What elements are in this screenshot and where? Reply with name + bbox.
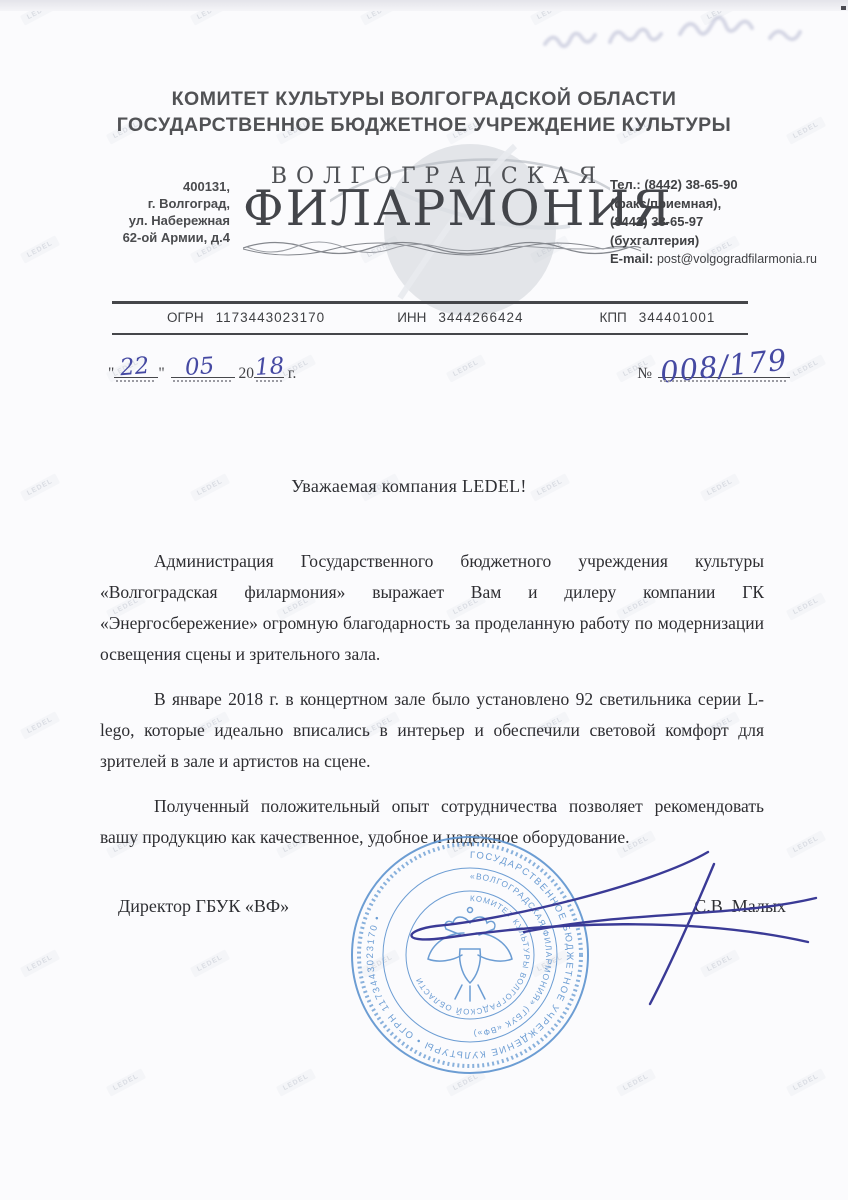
- address-line: ул. Набережная: [70, 212, 230, 229]
- ledel-watermark-tag: LEDEL: [786, 354, 826, 382]
- ogrn-label: ОГРН: [167, 310, 204, 325]
- ghost-handwriting: [540, 12, 840, 62]
- document-header: КОМИТЕТ КУЛЬТУРЫ ВОЛГОГРАДСКОЙ ОБЛАСТИ Г…: [0, 86, 848, 138]
- address-line: г. Волгоград,: [70, 195, 230, 212]
- date-and-number-row: "22"05 2018 г. №008/179: [108, 352, 790, 394]
- kpp-label: КПП: [599, 310, 626, 325]
- registry-band: ОГРН1173443023170 ИНН3444266424 КПП34440…: [112, 301, 748, 335]
- handwritten-year: 18: [254, 353, 285, 381]
- scanned-letter-page: LEDELLEDELLEDELLEDELLEDELLEDELLEDELLEDEL…: [0, 0, 848, 1200]
- number-blank: 008/179: [658, 360, 790, 378]
- header-line-1: КОМИТЕТ КУЛЬТУРЫ ВОЛГОГРАДСКОЙ ОБЛАСТИ: [0, 86, 848, 112]
- number-field: №008/179: [637, 360, 790, 383]
- number-label: №: [637, 365, 652, 382]
- scan-speck: [841, 6, 846, 10]
- quote-close: ": [158, 365, 164, 382]
- ledel-watermark-tag: LEDEL: [190, 949, 230, 977]
- salutation: Уважаемая компания LEDEL!: [0, 476, 818, 497]
- date-field: "22"05 2018 г.: [108, 360, 296, 383]
- month-blank: 05: [171, 360, 235, 378]
- inn-item: ИНН3444266424: [397, 310, 523, 325]
- email-label: E-mail:: [610, 251, 653, 266]
- inn-value: 3444266424: [438, 310, 523, 325]
- director-signature: [392, 846, 824, 1018]
- ledel-watermark-tag: LEDEL: [20, 711, 60, 739]
- ledel-watermark-tag: LEDEL: [20, 949, 60, 977]
- signoff-position: Директор ГБУК «ВФ»: [118, 896, 289, 917]
- header-line-2: ГОСУДАРСТВЕННОЕ БЮДЖЕТНОЕ УЧРЕЖДЕНИЕ КУЛ…: [0, 112, 848, 138]
- kpp-item: КПП344401001: [599, 310, 715, 325]
- ledel-watermark-tag: LEDEL: [20, 235, 60, 263]
- ogrn-value: 1173443023170: [216, 310, 326, 325]
- contact-block: Тел.: (8442) 38-65-90 (факс/приемная), (…: [610, 176, 840, 269]
- kpp-value: 344401001: [639, 310, 716, 325]
- year-printed: 20: [239, 365, 255, 382]
- ledel-watermark-tag: LEDEL: [786, 1068, 826, 1096]
- ogrn-item: ОГРН1173443023170: [167, 310, 325, 325]
- email-line: E-mail: post@volgogradfilarmonia.ru: [610, 250, 840, 269]
- address-line: 400131,: [70, 178, 230, 195]
- phone-line: (8442) 38-65-97: [610, 213, 840, 232]
- phone-note: (факс/приемная),: [610, 195, 840, 214]
- logo-waves-graphic: [243, 235, 643, 261]
- phone-note: (бухгалтерия): [610, 232, 840, 251]
- letter-body: Администрация Государственного бюджетног…: [100, 546, 764, 867]
- email-value: post@volgogradfilarmonia.ru: [657, 252, 817, 266]
- handwritten-number: 008/179: [659, 342, 789, 389]
- paragraph-2: В январе 2018 г. в концертном зале было …: [100, 684, 764, 777]
- day-blank: 22: [114, 360, 158, 378]
- paragraph-1: Администрация Государственного бюджетног…: [100, 546, 764, 670]
- ledel-watermark-tag: LEDEL: [106, 1068, 146, 1096]
- year-suffix: г.: [288, 365, 296, 382]
- phone-line: Тел.: (8442) 38-65-90: [610, 176, 840, 195]
- year-blank: 18: [254, 360, 284, 378]
- inn-label: ИНН: [397, 310, 426, 325]
- ledel-watermark-tag: LEDEL: [276, 1068, 316, 1096]
- sender-address: 400131, г. Волгоград, ул. Набережная 62-…: [70, 178, 230, 246]
- handwritten-month: 05: [184, 353, 215, 381]
- scan-edge-artifact: [0, 0, 848, 11]
- logo-word-filarmonia: ФИЛАРМОНИЯ: [243, 185, 633, 233]
- ledel-watermark-tag: LEDEL: [616, 1068, 656, 1096]
- ledel-watermark-tag: LEDEL: [786, 592, 826, 620]
- handwritten-day: 22: [119, 353, 150, 381]
- address-line: 62-ой Армии, д.4: [70, 229, 230, 246]
- philharmonic-logo: ВОЛГОГРАДСКАЯ ФИЛАРМОНИЯ: [243, 164, 633, 261]
